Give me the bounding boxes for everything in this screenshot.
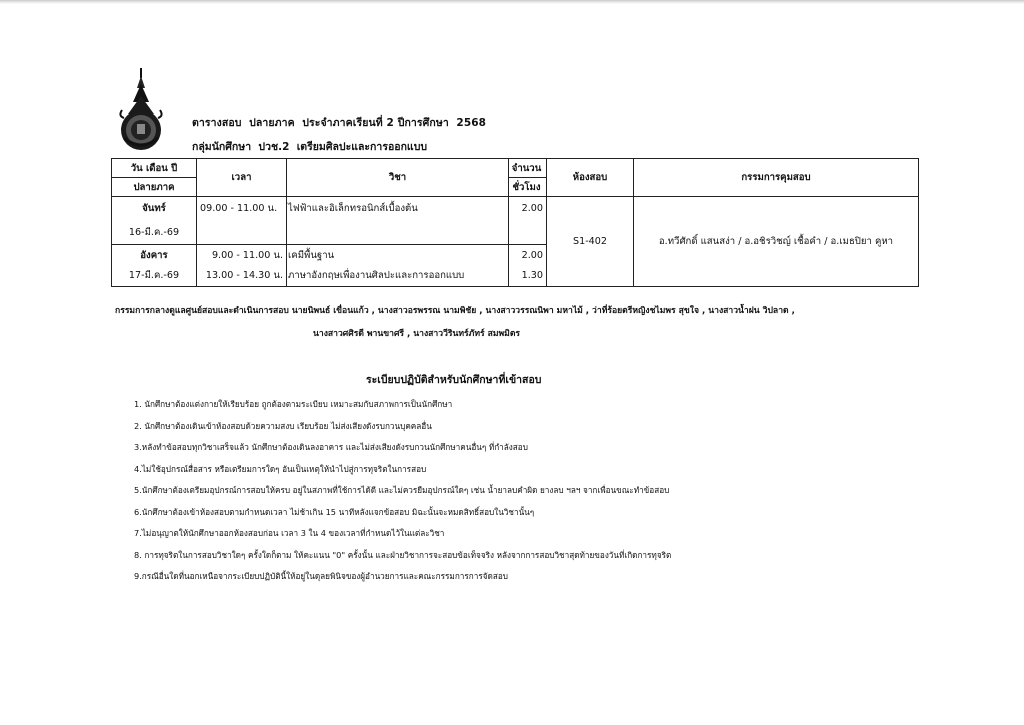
exam-day: จันทร์: [112, 197, 197, 221]
empty-cell: [509, 221, 547, 245]
exam-hours: 1.30: [509, 266, 547, 287]
header-subject: วิชา: [287, 159, 509, 197]
rules-title: ระเบียบปฏิบัติสำหรับนักศึกษาที่เข้าสอบ: [366, 371, 541, 388]
exam-time: 13.00 - 14.30 น.: [197, 266, 287, 287]
table-row: จันทร์ 09.00 - 11.00 น. ไฟฟ้าและอิเล็กทร…: [112, 197, 919, 221]
exam-schedule-table: วัน เดือน ปี เวลา วิชา จำนวน ห้องสอบ กรร…: [111, 158, 919, 287]
exam-time: 09.00 - 11.00 น.: [197, 197, 287, 221]
exam-date: 16-มี.ค.-69: [112, 221, 197, 245]
rule-item: 9.กรณีอื่นใดที่นอกเหนือจากระเบียบปฏิบัติ…: [134, 570, 671, 592]
scan-edge: [0, 0, 1024, 4]
exam-hours: 2.00: [509, 245, 547, 266]
rule-item: 7.ไม่อนุญาตให้นักศึกษาออกห้องสอบก่อน เวล…: [134, 527, 671, 549]
central-committee-line1: กรรมการกลางดูแลศูนย์สอบและดำเนินการสอบ น…: [115, 303, 795, 317]
rule-item: 5.นักศึกษาต้องเตรียมอุปกรณ์การสอบให้ครบ …: [134, 484, 671, 506]
exam-day: อังคาร: [112, 245, 197, 266]
exam-subject: ไฟฟ้าและอิเล็กทรอนิกส์เบื้องต้น: [287, 197, 509, 221]
header-date: วัน เดือน ปี: [112, 159, 197, 178]
empty-cell: [197, 221, 287, 245]
rules-list: 1. นักศึกษาต้องแต่งกายให้เรียบร้อย ถูกต้…: [134, 398, 671, 592]
empty-cell: [287, 221, 509, 245]
rule-item: 3.หลังทำข้อสอบทุกวิชาเสร็จแล้ว นักศึกษาต…: [134, 441, 671, 463]
exam-date: 17-มี.ค.-69: [112, 266, 197, 287]
exam-subject: ภาษาอังกฤษเพื่องานศิลปะและการออกแบบ: [287, 266, 509, 287]
header-hours-sub: ชั่วโมง: [509, 178, 547, 197]
header-date-sub: ปลายภาค: [112, 178, 197, 197]
header-room: ห้องสอบ: [547, 159, 634, 197]
exam-schedule-title: ตารางสอบ ปลายภาค ประจำภาคเรียนที่ 2 ปีกา…: [192, 114, 486, 131]
rule-item: 8. การทุจริตในการสอบวิชาใดๆ ครั้งใดก็ตาม…: [134, 549, 671, 571]
exam-subject: เคมีพื้นฐาน: [287, 245, 509, 266]
header-time: เวลา: [197, 159, 287, 197]
student-group: กลุ่มนักศึกษา ปวช.2 เตรียมศิลปะและการออก…: [192, 138, 427, 155]
central-committee-line2: นางสาวศศิรดี พานขาศรี , นางสาววีรินทร์ภั…: [313, 326, 520, 340]
rule-item: 2. นักศึกษาต้องเดินเข้าห้องสอบด้วยความสง…: [134, 420, 671, 442]
header-hours: จำนวน: [509, 159, 547, 178]
university-emblem-icon: [116, 66, 166, 152]
rule-item: 6.นักศึกษาต้องเข้าห้องสอบตามกำหนดเวลา ไม…: [134, 506, 671, 528]
exam-room: S1-402: [547, 197, 634, 287]
exam-time: 9.00 - 11.00 น.: [197, 245, 287, 266]
exam-hours: 2.00: [509, 197, 547, 221]
rule-item: 4.ไม่ใช้อุปกรณ์สื่อสาร หรือเตรียมการใดๆ …: [134, 463, 671, 485]
header-proctors: กรรมการคุมสอบ: [634, 159, 919, 197]
exam-proctors: อ.ทวีศักดิ์ แสนสง่า / อ.อชิรวิชญ์ เชื้อค…: [634, 197, 919, 287]
rule-item: 1. นักศึกษาต้องแต่งกายให้เรียบร้อย ถูกต้…: [134, 398, 671, 420]
